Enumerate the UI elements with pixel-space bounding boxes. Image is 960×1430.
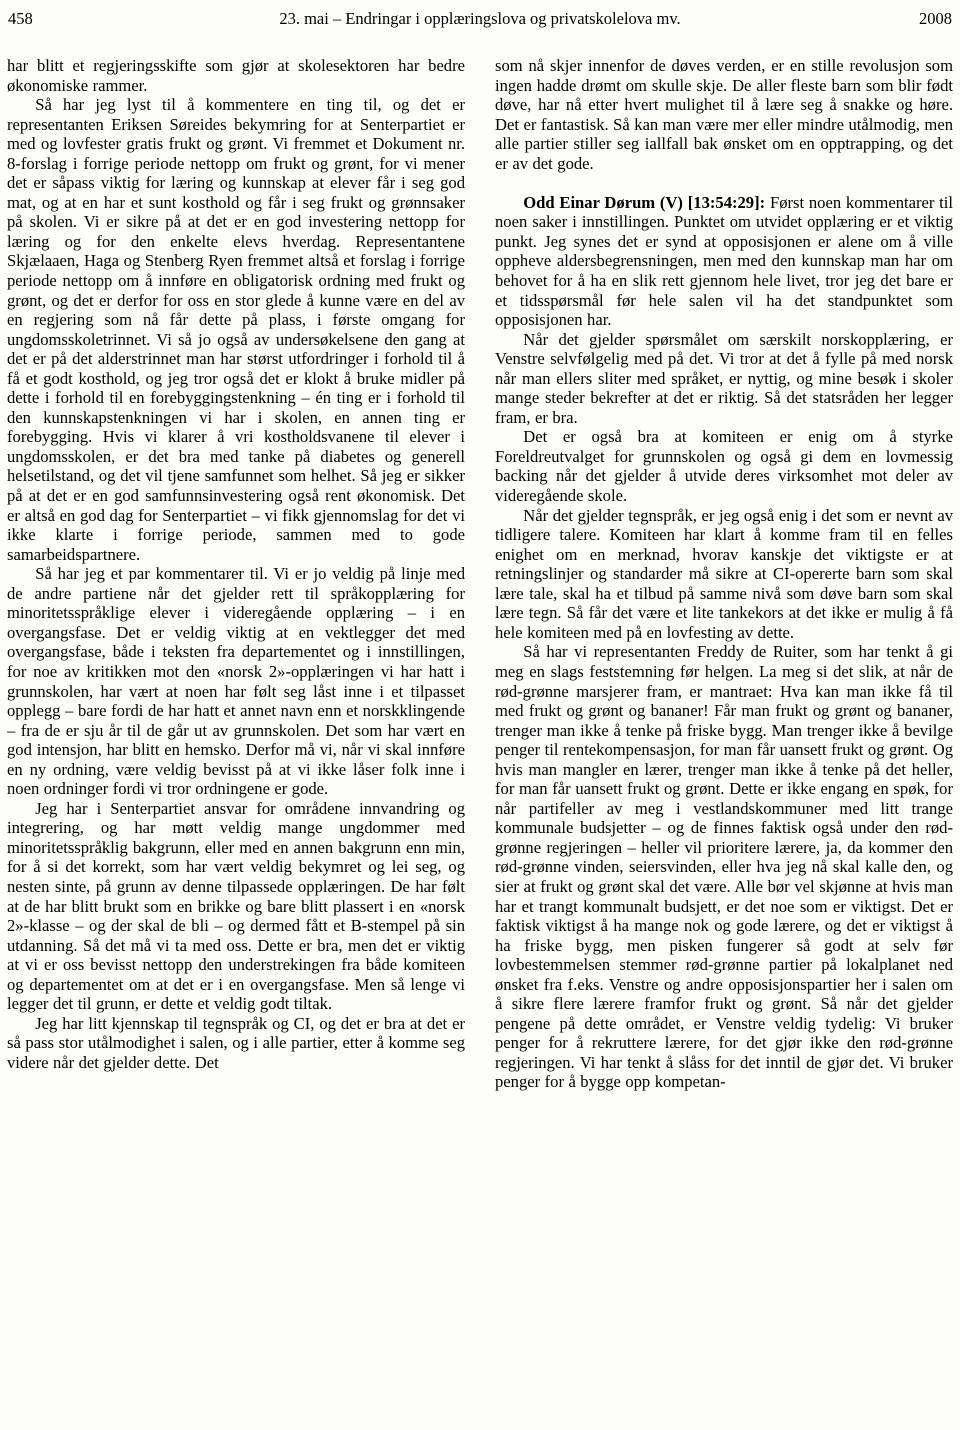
- document-page: 458 23. mai – Endringar i opplæringslova…: [0, 0, 960, 1430]
- paragraph: Så har jeg lyst til å kommentere en ting…: [7, 95, 465, 564]
- paragraph: Jeg har litt kjennskap til tegnspråk og …: [7, 1014, 465, 1073]
- paragraph: Når det gjelder spørsmålet om særskilt n…: [495, 330, 953, 428]
- speech-paragraph: Odd Einar Dørum (V) [13:54:29]: Først no…: [495, 193, 953, 330]
- paragraph: Når det gjelder tegnspråk, er jeg også e…: [495, 506, 953, 643]
- header-year: 2008: [919, 9, 952, 29]
- speech-text: Først noen kommentarer til noen saker i …: [495, 193, 953, 329]
- paragraph: Jeg har i Senterpartiet ansvar for områd…: [7, 799, 465, 1014]
- header-title: 23. mai – Endringar i opplæringslova og …: [7, 9, 953, 29]
- paragraph: har blitt et regjeringsskifte som gjør a…: [7, 56, 465, 95]
- page-number: 458: [8, 9, 33, 29]
- speaker-name: Odd Einar Dørum (V) [13:54:29]:: [523, 193, 765, 212]
- paragraph: som nå skjer innenfor de døves verden, e…: [495, 56, 953, 173]
- right-column: som nå skjer innenfor de døves verden, e…: [495, 56, 953, 1430]
- page-header: 458 23. mai – Endringar i opplæringslova…: [7, 9, 953, 31]
- paragraph: Det er også bra at komiteen er enig om å…: [495, 427, 953, 505]
- text-columns: har blitt et regjeringsskifte som gjør a…: [7, 56, 953, 1430]
- left-column: har blitt et regjeringsskifte som gjør a…: [7, 56, 465, 1430]
- paragraph: Så har jeg et par kommentarer til. Vi er…: [7, 564, 465, 799]
- paragraph: Så har vi representanten Freddy de Ruite…: [495, 642, 953, 1092]
